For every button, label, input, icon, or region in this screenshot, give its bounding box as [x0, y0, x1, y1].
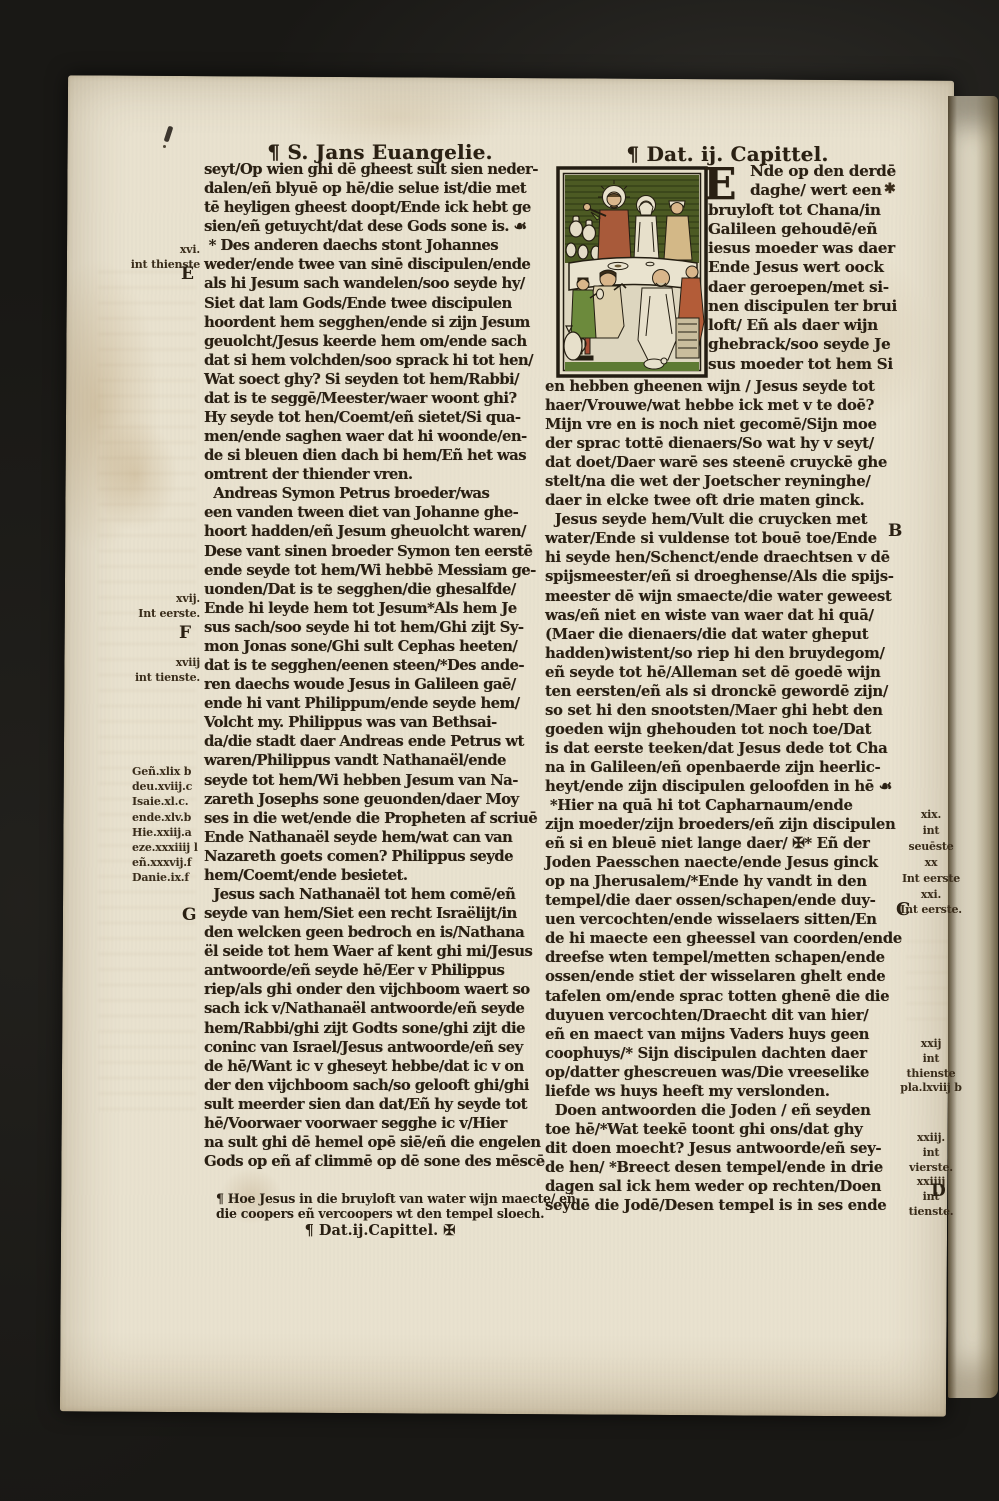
- margin-asterisk-mark: ✱: [884, 182, 896, 197]
- text-line: Gods op eñ af climmē op dē sone des mēsc…: [204, 1152, 558, 1171]
- margin-section-letter-g: G: [182, 907, 196, 924]
- text-line: dat is te seggē/Meester/waer woont ghi?: [204, 389, 558, 408]
- text-line: eñ si en bleuē niet lange daer/ ✠* Eñ de…: [545, 834, 913, 853]
- text-line: Joden Paesschen naecte/ende Jesus ginck: [545, 853, 913, 872]
- text-line: tempel/die daer ossen/schapen/ende duy-: [545, 891, 913, 910]
- text-line: hoordent hem segghen/ende si zijn Jesum: [204, 313, 558, 332]
- text-line: dit doen moecht? Jesus antwoorde/eñ sey-: [545, 1139, 913, 1158]
- text-line: goeden wijn ghehouden tot noch toe/Dat: [545, 720, 913, 739]
- text-line: seyt/Op wien ghi dē gheest sult sien ned…: [204, 160, 558, 179]
- text-line: de hē/Want ic v gheseyt hebbe/dat ic v o…: [204, 1057, 558, 1076]
- text-line: die coopers eñ vercoopers wt den tempel …: [216, 1206, 556, 1221]
- margin-section-letter-d: D: [931, 1183, 946, 1200]
- text-line: daghe/ wert een: [708, 181, 910, 200]
- text-line: Ende hi leyde hem tot Jesum*Als hem Je: [204, 599, 558, 618]
- text-line: tē heyligen gheest doopt/Ende ick hebt g…: [204, 198, 558, 217]
- margin-note-verse-xvij: xvij. Int eerste.: [108, 592, 200, 622]
- chapter-summary-caption: ¶ Hoe Jesus in die bruyloft van water wi…: [216, 1191, 556, 1222]
- text-line: sach ick v/Nathanaël antwoorde/eñ seyde: [204, 999, 558, 1018]
- text-line: hē/Voorwaer voorwaer segghe ic v/Hier: [204, 1114, 558, 1133]
- text-line: op/datter ghescreuen was/Die vreeselike: [545, 1063, 913, 1082]
- text-line: hadden)wistent/so riep hi den bruydegom/: [545, 644, 913, 663]
- margin-section-letter-c: C: [896, 901, 910, 918]
- text-line: ses in die wet/ende die Propheten af scr…: [204, 809, 558, 828]
- text-line: (Maer die dienaers/die dat water gheput: [545, 625, 913, 644]
- text-line: *Hier na quā hi tot Capharnaum/ende: [545, 796, 913, 815]
- text-line: hem/Coemt/ende besietet.: [204, 866, 558, 885]
- text-line: haer/Vrouwe/wat hebbe ick met v te doē?: [545, 396, 913, 415]
- text-line: iesus moeder was daer: [708, 239, 910, 258]
- text-line: en hebben gheenen wijn / Jesus seyde tot: [545, 377, 913, 396]
- text-line: de hen/ *Breect desen tempel/ende in dri…: [545, 1158, 913, 1177]
- text-line: daer in elcke twee oft drie maten ginck.: [545, 491, 913, 510]
- text-line: sult meerder sien dan dat/Eñ hy seyde to…: [204, 1095, 558, 1114]
- text-line: sus moeder tot hem Si: [708, 355, 910, 374]
- right-text-column-beside-woodcut: Nde op den derdēdaghe/ wert eenbruyloft …: [708, 162, 910, 374]
- text-line: toe hē/*Wat teekē toont ghi ons/dat ghy: [545, 1120, 913, 1139]
- text-line: ghebrack/soo seyde Je: [708, 335, 910, 354]
- text-line: Nazareth goets comen? Philippus seyde: [204, 847, 558, 866]
- text-line: waren/Philippus vandt Nathanaël/ende: [204, 751, 558, 770]
- text-line: als hi Jesum sach wandelen/soo seyde hy/: [204, 274, 558, 293]
- text-line: den welcken geen bedroch en is/Nathana: [204, 923, 558, 942]
- text-line: is dat eerste teeken/dat Jesus dede tot …: [545, 739, 913, 758]
- text-line: heyt/ende zijn discipulen geloofden in h…: [545, 777, 913, 796]
- scanned-book-page-photo: ¶ S. Jans Euangelie. ¶ Dat. ij. Capittel…: [0, 0, 999, 1501]
- text-line: bruyloft tot Chana/in: [708, 201, 910, 220]
- margin-note-cross-references: Geñ.xlix b deu.xviij.c Isaie.xl.c. ende.…: [132, 764, 198, 886]
- text-line: Wat soect ghy? Si seyden tot hem/Rabbi/: [204, 370, 558, 389]
- text-line: Hy seyde tot hen/Coemt/eñ sietet/Si qua-: [204, 408, 558, 427]
- text-line: eñ en maect van mijns Vaders huys geen: [545, 1025, 913, 1044]
- text-line: so set hi den snootsten/Maer ghi hebt de…: [545, 701, 913, 720]
- text-line: Doen antwoorden die Joden / eñ seyden: [545, 1101, 913, 1120]
- text-line: na sult ghi dē hemel opē siē/eñ die enge…: [204, 1133, 558, 1152]
- text-line: ël seide tot hem Waer af kent ghi mi/Jes…: [204, 942, 558, 961]
- margin-note-verse-xxij: xxij int thienste pla.lxviij b: [899, 1037, 963, 1096]
- text-line: uonden/Dat is te segghen/die ghesalfde/: [204, 580, 558, 599]
- margin-note-verse-xviij: xviij int tienste.: [108, 656, 200, 686]
- text-line: op na Jherusalem/*Ende hy vandt in den: [545, 872, 913, 891]
- woodcut-wedding-at-cana-illustration: [556, 166, 708, 378]
- text-line: seyde tot hem/Wi hebben Jesum van Na-: [204, 771, 558, 790]
- text-line: men/ende saghen waer dat hi woonde/en-: [204, 427, 558, 446]
- text-line: meester dē wijn smaecte/die water gewees…: [545, 587, 913, 606]
- text-line: Jesus seyde hem/Vult die cruycken met: [545, 510, 913, 529]
- text-line: na in Galileen/eñ openbaerde zijn heerli…: [545, 758, 913, 777]
- text-line: omtrent der thiender vren.: [204, 465, 558, 484]
- text-line: de si bleuen dien dach bi hem/Eñ het was: [204, 446, 558, 465]
- text-line: was/eñ niet en wiste van waer dat hi quā…: [545, 606, 913, 625]
- text-line: antwoorde/eñ seyde hē/Eer v Philippus: [204, 961, 558, 980]
- text-line: Nde op den derdē: [708, 162, 910, 181]
- chapter-heading-footer: ¶ Dat.ij.Capittel. ✠: [204, 1222, 556, 1239]
- text-line: coninc van Israel/Jesus antwoorde/eñ sey: [204, 1038, 558, 1057]
- text-line: seyde van hem/Siet een recht Israëlijt/i…: [204, 904, 558, 923]
- ink-speck: [163, 145, 166, 148]
- text-line: de hi maecte een gheessel van coorden/en…: [545, 929, 913, 948]
- text-line: zijn moeder/zijn broeders/eñ zijn discip…: [545, 815, 913, 834]
- text-line: duyuen vercochten/Draecht dit van hier/: [545, 1006, 913, 1025]
- text-line: dat si hem volchden/soo sprack hi tot he…: [204, 351, 558, 370]
- text-line: Andreas Symon Petrus broeder/was: [204, 484, 558, 503]
- text-line: Ende Jesus wert oock: [708, 258, 910, 277]
- text-line: seydē die Jodē/Desen tempel is in ses en…: [545, 1196, 913, 1215]
- text-line: ossen/ende stiet der wisselaren ghelt en…: [545, 967, 913, 986]
- text-line: weder/ende twee van sinē discipulen/ende: [204, 255, 558, 274]
- text-line: dalen/eñ blyuē op hē/die selue ist/die m…: [204, 179, 558, 198]
- right-text-column: en hebben gheenen wijn / Jesus seyde tot…: [545, 377, 913, 1215]
- text-line: Dese vant sinen broeder Symon ten eerstē: [204, 542, 558, 561]
- text-line: sien/eñ getuycht/dat dese Gods sone is. …: [204, 217, 558, 236]
- text-line: Volcht my. Philippus was van Bethsai-: [204, 713, 558, 732]
- text-line: geuolcht/Jesus keerde hem om/ende sach: [204, 332, 558, 351]
- text-line: loft/ Eñ als daer wijn: [708, 316, 910, 335]
- margin-note-verses-xxiij-xxiiij: xxiij. int vierste. xxiiij int tienste.: [901, 1131, 961, 1220]
- text-line: een vanden tween diet van Johanne ghe-: [204, 503, 558, 522]
- text-line: spijsmeester/eñ si droeghense/Als die sp…: [545, 567, 913, 586]
- text-line: * Des anderen daechs stont Johannes: [204, 236, 558, 255]
- text-line: stelt/na die wet der Joetscher reyninghe…: [545, 472, 913, 491]
- text-line: ende seyde tot hem/Wi hebbē Messiam ge-: [204, 561, 558, 580]
- text-line: ren daechs woude Jesus in Galileen gaē/: [204, 675, 558, 694]
- text-line: riep/als ghi onder den vijchboom waert s…: [204, 980, 558, 999]
- left-text-column: seyt/Op wien ghi dē gheest sult sien ned…: [204, 160, 558, 1171]
- text-line: eñ seyde tot hē/Alleman set dē goedē wij…: [545, 663, 913, 682]
- margin-section-letter-f: F: [179, 625, 191, 642]
- text-line: ten eersten/eñ als si dronckē gewordē zi…: [545, 682, 913, 701]
- text-line: da/die stadt daer Andreas ende Petrus wt: [204, 732, 558, 751]
- text-line: daer geroepen/met si-: [708, 278, 910, 297]
- margin-section-letter-e: E: [181, 266, 194, 283]
- text-line: Siet dat lam Gods/Ende twee discipulen: [204, 294, 558, 313]
- text-line: hem/Rabbi/ghi zijt Godts sone/ghi zijt d…: [204, 1019, 558, 1038]
- text-line: Jesus sach Nathanaël tot hem comē/eñ: [204, 885, 558, 904]
- text-line: tafelen om/ende sprac totten ghenē die d…: [545, 987, 913, 1006]
- text-line: water/Ende si vuldense tot bouē toe/Ende: [545, 529, 913, 548]
- text-line: hoort hadden/eñ Jesum gheuolcht waren/: [204, 522, 558, 541]
- text-line: Ende Nathanaël seyde hem/wat can van: [204, 828, 558, 847]
- text-line: Galileen gehoudē/eñ: [708, 220, 910, 239]
- text-line: zareth Josephs sone geuonden/daer Moy: [204, 790, 558, 809]
- text-line: ende hi vant Philippum/ende seyde hem/: [204, 694, 558, 713]
- text-line: dreefse wten tempel/metten schapen/ende: [545, 948, 913, 967]
- text-line: mon Jonas sone/Ghi sult Cephas heeten/: [204, 637, 558, 656]
- text-line: liefde ws huys heeft my verslonden.: [545, 1082, 913, 1101]
- margin-section-letter-b: B: [888, 523, 902, 540]
- text-line: dagen sal ick hem weder op rechten/Doen: [545, 1177, 913, 1196]
- text-line: dat doet/Daer warē ses steenē cruyckē gh…: [545, 453, 913, 472]
- text-line: ¶ Hoe Jesus in die bruyloft van water wi…: [216, 1191, 556, 1206]
- text-line: coophuys/* Sijn discipulen dachten daer: [545, 1044, 913, 1063]
- text-line: der den vijchboom sach/so gelooft ghi/gh…: [204, 1076, 558, 1095]
- text-line: nen discipulen ter brui: [708, 297, 910, 316]
- text-line: Mijn vre en is noch niet gecomē/Sijn moe: [545, 415, 913, 434]
- text-line: sus sach/soo seyde hi tot hem/Ghi zijt S…: [204, 618, 558, 637]
- text-line: uen vercochten/ende wisselaers sitten/En: [545, 910, 913, 929]
- text-line: dat is te segghen/eenen steen/*Des ande-: [204, 656, 558, 675]
- text-line: der sprac tottē dienaers/So wat hy v sey…: [545, 434, 913, 453]
- text-line: hi seyde hen/Schenct/ende draechtsen v d…: [545, 548, 913, 567]
